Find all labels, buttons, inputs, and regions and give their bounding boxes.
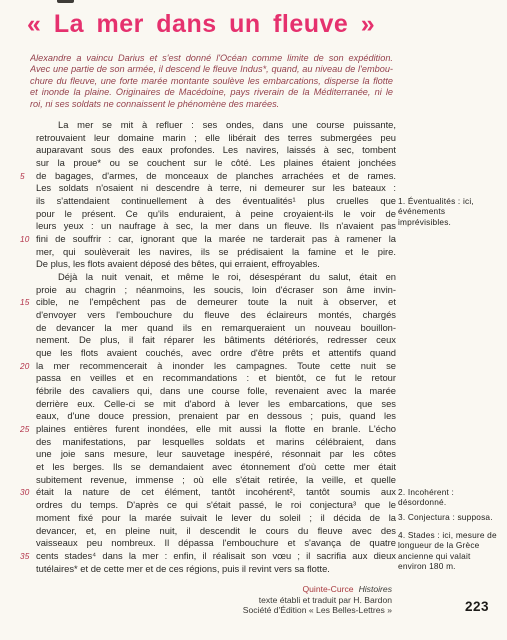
line-number bbox=[20, 322, 36, 335]
line-number bbox=[20, 398, 36, 411]
margin-note: 2. Incohérent : désordonné. bbox=[398, 487, 498, 508]
book-page: « La mer dans un fleuve » Alexandre a va… bbox=[0, 0, 507, 640]
line-number: 25 bbox=[20, 423, 36, 436]
line-number: 20 bbox=[20, 360, 36, 373]
line-number bbox=[20, 271, 36, 284]
text-line: La mer se mit à refluer : ses ondes, dan… bbox=[20, 119, 396, 132]
text-line: 10fini de souffrir : car, ignorant que l… bbox=[20, 233, 396, 246]
line-text: ils s'attendaient continuellement à des … bbox=[36, 195, 396, 208]
scan-artifact bbox=[57, 0, 74, 3]
footer-credit: Quinte-CurceHistoires texte établi et tr… bbox=[20, 584, 392, 616]
text-line: eaux, d'une douce pression, prenaient pa… bbox=[20, 410, 396, 423]
line-text: de devancer la mer quand ils en remarque… bbox=[36, 322, 396, 335]
intro-line: chure du fleuve, une forte marée montant… bbox=[30, 76, 393, 87]
text-line: vaisseaux peu nombreux. Il dépassa l'emb… bbox=[20, 537, 396, 550]
intro-line: et inonde la plaine. Originaires de Macé… bbox=[30, 87, 393, 98]
line-text: cents stades⁴ dans la mer : enfin, il ré… bbox=[36, 550, 396, 563]
text-line: De plus, les flots avaient déposé des bê… bbox=[20, 258, 396, 271]
text-line: moment fixé pour la marée suivait le lev… bbox=[20, 512, 396, 525]
line-number: 30 bbox=[20, 486, 36, 499]
line-text: leurs yeux : un naufrage à sec, la mer d… bbox=[36, 220, 396, 233]
text-line: auparavant sous des eaux profondes. Les … bbox=[20, 144, 396, 157]
line-text: que les flots avaient couchés, avec ordr… bbox=[36, 347, 396, 360]
text-line: des manifestations, par lesquelles solda… bbox=[20, 436, 396, 449]
line-text: vaisseaux peu nombreux. Il dépassa l'emb… bbox=[36, 537, 396, 550]
line-text: la mer recommencerait à inonder les camp… bbox=[36, 360, 396, 373]
margin-note: 4. Stades : ici, mesure de longueur de l… bbox=[398, 530, 498, 572]
line-text: tutélaires* et de cette mer et de ces ré… bbox=[36, 563, 396, 576]
page-title: « La mer dans un fleuve » bbox=[27, 10, 487, 39]
line-number bbox=[20, 512, 36, 525]
text-line: ils s'attendaient continuellement à des … bbox=[20, 195, 396, 208]
credit-line: texte établi et traduit par H. Bardon bbox=[20, 595, 392, 606]
line-text: de bagages, d'armes, de monceaux de plan… bbox=[36, 170, 396, 183]
text-line: 20la mer recommencerait à inonder les ca… bbox=[20, 360, 396, 373]
text-line: passa en veilles et en recommandations :… bbox=[20, 372, 396, 385]
text-line: de devancer la mer quand ils en remarque… bbox=[20, 322, 396, 335]
line-number bbox=[20, 144, 36, 157]
line-text: proie au chagrin ; néanmoins, les soucis… bbox=[36, 284, 396, 297]
text-line: 15cible, ne l'empêchent pas de demeurer … bbox=[20, 296, 396, 309]
line-number bbox=[20, 436, 36, 449]
text-line: derrière eux. Celle-ci se mit d'abord à … bbox=[20, 398, 396, 411]
line-text: une joie sans mesure, leur sauvetage ine… bbox=[36, 448, 396, 461]
text-line: tutélaires* et de cette mer et de ces ré… bbox=[20, 563, 396, 576]
line-text: derrière eux. Celle-ci se mit d'abord à … bbox=[36, 398, 396, 411]
line-number bbox=[20, 182, 36, 195]
text-line: sur la proue* ou se couchent sur le côté… bbox=[20, 157, 396, 170]
line-number bbox=[20, 208, 36, 221]
line-number bbox=[20, 334, 36, 347]
line-number bbox=[20, 499, 36, 512]
text-line: leurs yeux : un naufrage à sec, la mer d… bbox=[20, 220, 396, 233]
text-line: fébrile des cavaliers qui, dans une cour… bbox=[20, 385, 396, 398]
text-line: mer, qui soulèverait les navires, ils se… bbox=[20, 246, 396, 259]
line-text: sur la proue* ou se couchent sur le côté… bbox=[36, 157, 396, 170]
line-text: pour le présent. Ce qu'ils enduraient, à… bbox=[36, 208, 396, 221]
intro-line: Alexandre a vaincu Darius et s'est donné… bbox=[30, 53, 393, 64]
intro-line: Avec une partie de son armée, il descend… bbox=[30, 64, 393, 75]
line-number: 15 bbox=[20, 296, 36, 309]
text-line: devancer, et, en pleine nuit, il descend… bbox=[20, 525, 396, 538]
line-number bbox=[20, 525, 36, 538]
margin-note: 1. Éventualités : ici, événements imprév… bbox=[398, 196, 498, 227]
line-text: mer, qui soulèverait les navires, ils se… bbox=[36, 246, 396, 259]
line-text: eaux, d'une douce pression, prenaient pa… bbox=[36, 410, 396, 423]
line-text: et les berges. Ils se demandaient avec é… bbox=[36, 461, 396, 474]
line-number: 10 bbox=[20, 233, 36, 246]
text-line: que les flots avaient couchés, avec ordr… bbox=[20, 347, 396, 360]
line-text: des manifestations, par lesquelles solda… bbox=[36, 436, 396, 449]
page-number: 223 bbox=[465, 599, 489, 614]
text-line: 35cents stades⁴ dans la mer : enfin, il … bbox=[20, 550, 396, 563]
line-number bbox=[20, 372, 36, 385]
text-line: retrouvaient leur domaine marin ; elle l… bbox=[20, 132, 396, 145]
intro-paragraph: Alexandre a vaincu Darius et s'est donné… bbox=[30, 53, 393, 110]
body-text: La mer se mit à refluer : ses ondes, dan… bbox=[20, 119, 396, 575]
line-text: était la nature de cet élément, tantôt i… bbox=[36, 486, 396, 499]
line-number bbox=[20, 132, 36, 145]
line-number bbox=[20, 220, 36, 233]
line-text: moment fixé pour la marée suivait le lev… bbox=[36, 512, 396, 525]
margin-note: 3. Conjectura : supposa. bbox=[398, 512, 498, 522]
line-number bbox=[20, 119, 36, 132]
line-number: 5 bbox=[20, 170, 36, 183]
line-number bbox=[20, 474, 36, 487]
text-line: subitement revenue, immense ; où elle s'… bbox=[20, 474, 396, 487]
text-line: ordres du temps. D'après ce qui s'était … bbox=[20, 499, 396, 512]
text-line: nement. De plus, il fait réparer les bât… bbox=[20, 334, 396, 347]
line-text: La mer se mit à refluer : ses ondes, dan… bbox=[36, 119, 396, 132]
line-text: fébrile des cavaliers qui, dans une cour… bbox=[36, 385, 396, 398]
line-text: passa en veilles et en recommandations :… bbox=[36, 372, 396, 385]
line-text: Les soldats n'osaient ni descendre à ter… bbox=[36, 182, 396, 195]
line-number bbox=[20, 284, 36, 297]
credit-author: Quinte-Curce bbox=[302, 584, 353, 594]
line-text: nement. De plus, il fait réparer les bât… bbox=[36, 334, 396, 347]
text-line: proie au chagrin ; néanmoins, les soucis… bbox=[20, 284, 396, 297]
text-line: 5de bagages, d'armes, de monceaux de pla… bbox=[20, 170, 396, 183]
line-number bbox=[20, 347, 36, 360]
text-line: Les soldats n'osaient ni descendre à ter… bbox=[20, 182, 396, 195]
line-number: 35 bbox=[20, 550, 36, 563]
intro-line: roi, ni ses soldats ne connaissent le ph… bbox=[30, 99, 393, 110]
line-text: retrouvaient leur domaine marin ; elle l… bbox=[36, 132, 396, 145]
line-number bbox=[20, 410, 36, 423]
text-line: et les berges. Ils se demandaient avec é… bbox=[20, 461, 396, 474]
line-number bbox=[20, 246, 36, 259]
line-text: devancer, et, en pleine nuit, il descend… bbox=[36, 525, 396, 538]
line-number bbox=[20, 157, 36, 170]
line-text: De plus, les flots avaient déposé des bê… bbox=[36, 258, 396, 271]
line-number bbox=[20, 385, 36, 398]
text-line: d'envoyer vers l'embouchure du fleuve de… bbox=[20, 309, 396, 322]
line-text: cible, ne l'empêchent pas de demeurer to… bbox=[36, 296, 396, 309]
text-line: pour le présent. Ce qu'ils enduraient, à… bbox=[20, 208, 396, 221]
line-number bbox=[20, 563, 36, 576]
line-number bbox=[20, 461, 36, 474]
line-text: fini de souffrir : car, ignorant que la … bbox=[36, 233, 396, 246]
text-line: Déjà la nuit venait, et même le roi, dés… bbox=[20, 271, 396, 284]
line-number bbox=[20, 448, 36, 461]
line-text: Déjà la nuit venait, et même le roi, dés… bbox=[36, 271, 396, 284]
line-text: plaines entières furent inondées, elle m… bbox=[36, 423, 396, 436]
line-text: d'envoyer vers l'embouchure du fleuve de… bbox=[36, 309, 396, 322]
credit-work-title: Histoires bbox=[359, 584, 392, 594]
line-number bbox=[20, 309, 36, 322]
text-line: 30était la nature de cet élément, tantôt… bbox=[20, 486, 396, 499]
credit-source-line: Quinte-CurceHistoires bbox=[20, 584, 392, 595]
line-number bbox=[20, 195, 36, 208]
line-text: auparavant sous des eaux profondes. Les … bbox=[36, 144, 396, 157]
credit-line: Société d'Édition « Les Belles-Lettres » bbox=[20, 605, 392, 616]
line-text: subitement revenue, immense ; où elle s'… bbox=[36, 474, 396, 487]
line-number bbox=[20, 537, 36, 550]
line-number bbox=[20, 258, 36, 271]
text-line: une joie sans mesure, leur sauvetage ine… bbox=[20, 448, 396, 461]
line-text: ordres du temps. D'après ce qui s'était … bbox=[36, 499, 396, 512]
text-line: 25plaines entières furent inondées, elle… bbox=[20, 423, 396, 436]
